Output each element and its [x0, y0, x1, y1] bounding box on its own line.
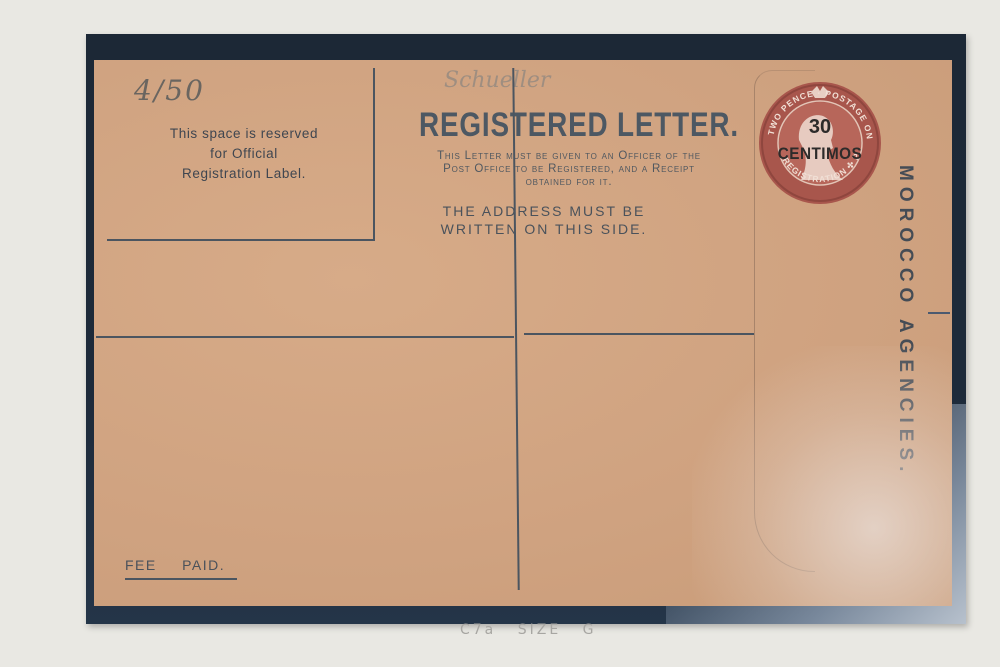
addr-line-1: THE ADDRESS MUST BE — [394, 202, 694, 220]
reg-line-1: This space is reserved — [144, 124, 344, 144]
pencil-signature: Schueller — [444, 68, 550, 93]
stamp-surcharge-unit: CENTIMOS — [765, 144, 875, 164]
envelope-title: REGISTERED LETTER. — [419, 106, 739, 145]
side-overprint-text: MOROCCO AGENCIES. — [894, 165, 916, 477]
instr-line-3: obtained for it. — [384, 176, 754, 189]
cross-line-vertical — [512, 68, 519, 590]
addr-line-2: WRITTEN ON THIS SIDE. — [394, 220, 694, 238]
fee-underline — [125, 578, 237, 580]
fee-paid-label: FEE PAID. — [125, 557, 225, 573]
stamp-ring-icon: TWO PENCE · POSTAGE ONE REGISTRATION ✣ P… — [759, 82, 881, 204]
address-notice: THE ADDRESS MUST BE WRITTEN ON THIS SIDE… — [394, 202, 694, 238]
instr-line-2: Post Office to be Registered, and a Rece… — [384, 163, 754, 176]
cross-line-horizontal-left — [96, 336, 514, 338]
pencil-caption: C7a SIZE G — [460, 622, 596, 638]
reg-line-3: Registration Label. — [144, 164, 344, 184]
registration-box-text: This space is reserved for Official Regi… — [144, 124, 344, 184]
embossed-stamp: TWO PENCE · POSTAGE ONE REGISTRATION ✣ P… — [759, 82, 881, 204]
mount-mark — [928, 312, 950, 314]
stamp-surcharge-value: 30 — [759, 116, 881, 139]
registered-envelope: 4/50 This space is reserved for Official… — [94, 60, 952, 606]
instr-line-1: This Letter must be given to an Officer … — [384, 150, 754, 163]
reg-line-2: for Official — [144, 144, 344, 164]
pencil-number: 4/50 — [134, 74, 205, 107]
instructions-text: This Letter must be given to an Officer … — [384, 150, 754, 189]
cross-line-horizontal-right — [524, 333, 754, 335]
